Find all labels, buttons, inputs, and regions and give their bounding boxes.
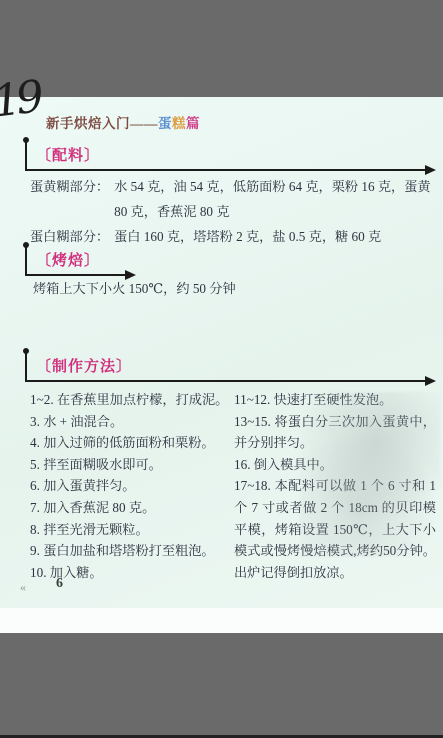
- baking-instructions: 烤箱上大下小火 150℃，约 50 分钟: [33, 278, 236, 297]
- step-line: 9. 蛋白加盐和塔塔粉打至粗泡。: [30, 540, 231, 562]
- page-corner-glyph: «: [20, 580, 25, 595]
- step-line: 17~18. 本配料可以做 1 个 6 寸和 1 个 7 寸或者做 2 个 18…: [234, 475, 436, 583]
- step-line: 7. 加入香蕉泥 80 克。: [30, 497, 231, 519]
- reader-frame: 19 新手烘焙入门——蛋糕篇 〔配料〕 蛋黄糊部分： 水 54 克，油 54 克…: [0, 0, 443, 738]
- handwritten-number: 19: [0, 75, 42, 124]
- step-line: 6. 加入蛋黄拌匀。: [30, 475, 231, 497]
- book-title-colored-char: 篇: [186, 116, 200, 131]
- step-line: 1~2. 在香蕉里加点柠檬，打成泥。: [30, 389, 231, 411]
- book-title-colored: 蛋糕篇: [158, 116, 200, 131]
- section-title-method: 〔制作方法〕: [36, 355, 132, 376]
- page-bottom-edge: [0, 608, 443, 633]
- step-line: 16. 倒入模具中。: [234, 454, 436, 476]
- section-method: 〔制作方法〕: [0, 352, 443, 392]
- step-line: 13~15. 将蛋白分三次加入蛋黄中，并分别拌匀。: [234, 411, 436, 454]
- steps-column-left: 1~2. 在香蕉里加点柠檬，打成泥。 3. 水 + 油混合。 4. 加入过筛的低…: [30, 389, 231, 583]
- book-header: 新手烘焙入门——蛋糕篇: [46, 112, 200, 132]
- step-line: 8. 拌至光滑无颗粒。: [30, 519, 231, 541]
- book-title-prefix: 新手烘焙入门——: [46, 116, 158, 131]
- arrow-rule-icon: [25, 274, 125, 276]
- book-title-colored-char: 糕: [172, 116, 186, 131]
- book-title-colored-char: 蛋: [158, 116, 172, 131]
- section-title-baking: 〔烤焙〕: [36, 249, 100, 270]
- step-line: 5. 拌至面糊吸水即可。: [30, 454, 231, 476]
- ingredient-label: 蛋黄糊部分：: [30, 174, 109, 224]
- arrow-rule-icon: [25, 169, 425, 171]
- section-rail-dot: [25, 246, 27, 274]
- steps-column-right: 11~12. 快速打至硬性发泡。 13~15. 将蛋白分三次加入蛋黄中，并分别拌…: [234, 389, 436, 583]
- section-title-ingredients: 〔配料〕: [36, 144, 100, 165]
- section-rail-dot: [25, 141, 27, 169]
- ingredient-values: 水 54 克，油 54 克，低筋面粉 64 克，栗粉 16 克，蛋黄 80 克，…: [114, 174, 436, 224]
- ingredient-line: 蛋黄糊部分： 水 54 克，油 54 克，低筋面粉 64 克，栗粉 16 克，蛋…: [30, 174, 436, 224]
- step-line: 3. 水 + 油混合。: [30, 411, 231, 433]
- section-rail-dot: [25, 352, 27, 380]
- step-line: 4. 加入过筛的低筋面粉和栗粉。: [30, 432, 231, 454]
- book-page: 新手烘焙入门——蛋糕篇 〔配料〕 蛋黄糊部分： 水 54 克，油 54 克，低筋…: [0, 97, 443, 608]
- method-steps: 1~2. 在香蕉里加点柠檬，打成泥。 3. 水 + 油混合。 4. 加入过筛的低…: [30, 389, 436, 583]
- step-line: 11~12. 快速打至硬性发泡。: [234, 389, 436, 411]
- arrow-rule-icon: [25, 380, 425, 382]
- page-number: 6: [56, 576, 63, 592]
- ingredients-list: 蛋黄糊部分： 水 54 克，油 54 克，低筋面粉 64 克，栗粉 16 克，蛋…: [30, 174, 436, 249]
